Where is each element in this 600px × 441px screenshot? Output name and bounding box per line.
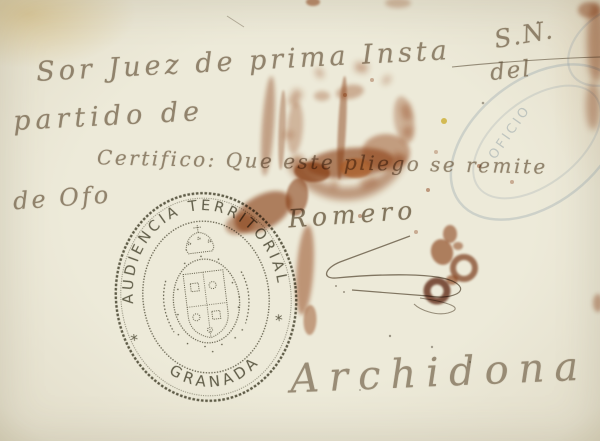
red-blot-cluster: [427, 225, 475, 301]
yellow-speck: [441, 118, 447, 124]
red-ink-layer: [0, 0, 600, 441]
red-smear-left: [223, 76, 317, 336]
prephilatelic-cover-scan: OFICIO: [0, 0, 600, 441]
red-datestamp-smudge: [285, 66, 417, 194]
